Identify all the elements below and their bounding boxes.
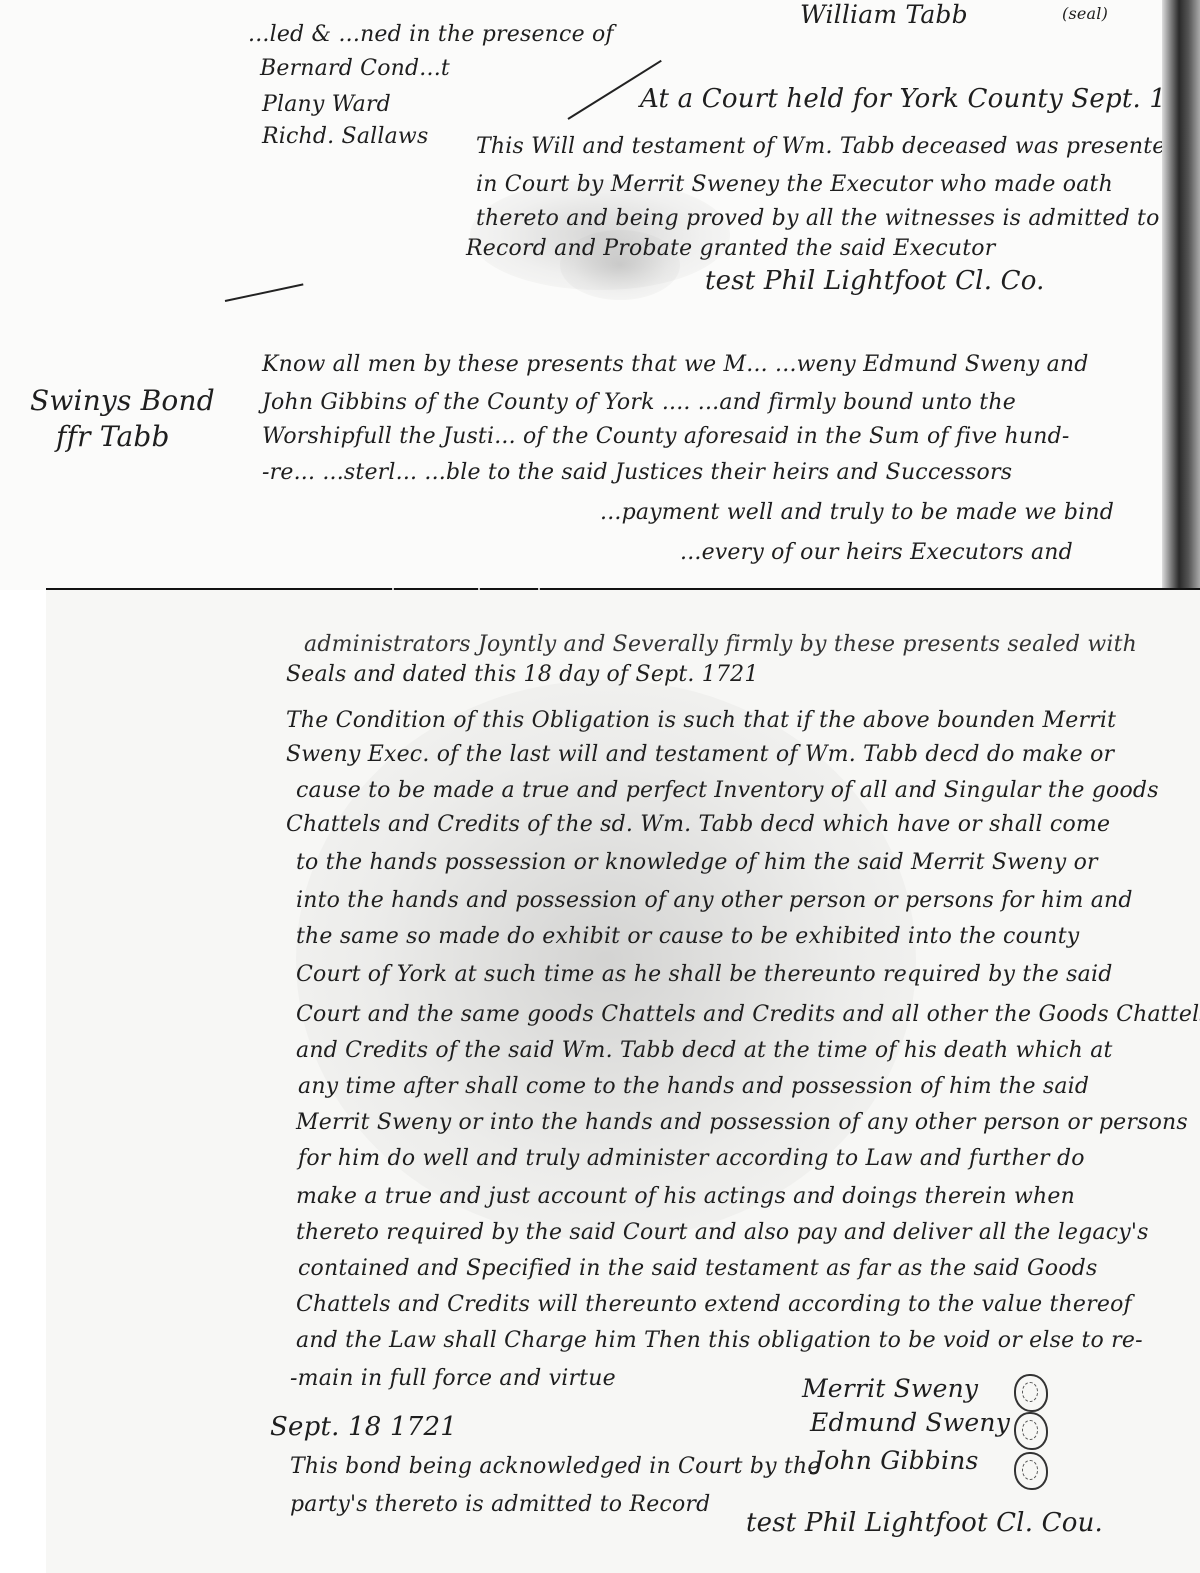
probate-line: in Court by Merrit Sweney the Executor w… [476, 172, 1113, 197]
acknowledgement-line: This bond being acknowledged in Court by… [290, 1454, 821, 1479]
wax-seal-icon [1014, 1412, 1048, 1450]
signatory-signature: Edmund Sweny [810, 1408, 1010, 1437]
manuscript-page-top: ...led & ...ned in the presence of Berna… [0, 0, 1200, 590]
bond-text-line: Court of York at such time as he shall b… [296, 962, 1113, 987]
wax-seal-icon [1014, 1452, 1048, 1490]
witness-name: Plany Ward [262, 92, 391, 117]
manuscript-page-bottom: administrators Joyntly and Severally fir… [46, 590, 1200, 1573]
probate-line: Record and Probate granted the said Exec… [466, 236, 995, 261]
bond-text-line: administrators Joyntly and Severally fir… [304, 632, 1137, 657]
bond-text-line: Court and the same goods Chattels and Cr… [296, 1002, 1200, 1027]
bond-text-line: and Credits of the said Wm. Tabb decd at… [296, 1038, 1113, 1063]
bond-line: Worshipfull the Justi... of the County a… [262, 424, 1070, 449]
bond-text-line: to the hands possession or knowledge of … [296, 850, 1098, 875]
paragraph-mark [225, 283, 304, 302]
seal-mark: (seal) [1062, 4, 1108, 23]
bond-text-line: Seals and dated this 18 day of Sept. 172… [286, 662, 759, 687]
acknowledgement-line: party's thereto is admitted to Record [290, 1492, 710, 1517]
bond-text-line: make a true and just account of his acti… [296, 1184, 1075, 1209]
book-binding-edge [1162, 0, 1200, 590]
court-heading: At a Court held for York County Sept. 15… [640, 84, 1200, 114]
bond-text-line: Merrit Sweny or into the hands and posse… [296, 1110, 1188, 1135]
clerk-attestation: test Phil Lightfoot Cl. Cou. [746, 1508, 1103, 1538]
bond-line: ...every of our heirs Executors and [680, 540, 1073, 565]
probate-line: This Will and testament of Wm. Tabb dece… [476, 134, 1180, 159]
probate-line: thereto and being proved by all the witn… [476, 206, 1160, 231]
bond-text-line: into the hands and possession of any oth… [296, 888, 1133, 913]
bond-text-line: -main in full force and virtue [290, 1366, 616, 1391]
wax-seal-icon [1014, 1374, 1048, 1412]
bond-text-line: Chattels and Credits will thereunto exte… [296, 1292, 1132, 1317]
clerk-attestation: test Phil Lightfoot Cl. Co. [705, 266, 1045, 296]
bond-text-line: The Condition of this Obligation is such… [286, 708, 1116, 733]
signatory-signature: Merrit Sweny [802, 1374, 978, 1403]
bond-text-line: any time after shall come to the hands a… [298, 1074, 1089, 1099]
bond-text-line: Sweny Exec. of the last will and testame… [286, 742, 1114, 767]
bond-text-line: and the Law shall Charge him Then this o… [296, 1328, 1143, 1353]
signatory-signature: John Gibbins [814, 1446, 979, 1475]
bond-line: -re... ...sterl... ...ble to the said Ju… [262, 460, 1012, 485]
margin-title: ffr Tabb [56, 420, 170, 453]
bond-text-line: contained and Specified in the said test… [298, 1256, 1097, 1281]
bond-line: John Gibbins of the County of York .... … [262, 390, 1016, 415]
bond-text-line: for him do well and truly administer acc… [298, 1146, 1085, 1171]
margin-title: Swinys Bond [30, 384, 215, 417]
witness-name: Richd. Sallaws [262, 124, 428, 149]
bond-text-line: cause to be made a true and perfect Inve… [296, 778, 1159, 803]
bond-text-line: Chattels and Credits of the sd. Wm. Tabb… [286, 812, 1110, 837]
witness-heading: ...led & ...ned in the presence of [248, 22, 614, 47]
bond-text-line: the same so made do exhibit or cause to … [296, 924, 1079, 949]
bond-text-line: thereto required by the said Court and a… [296, 1220, 1149, 1245]
witness-name: Bernard Cond...t [260, 56, 450, 81]
testator-signature: William Tabb [800, 0, 968, 29]
bond-line: Know all men by these presents that we M… [262, 352, 1089, 377]
bond-line: ...payment well and truly to be made we … [600, 500, 1114, 525]
acknowledgement-date: Sept. 18 1721 [270, 1412, 457, 1442]
